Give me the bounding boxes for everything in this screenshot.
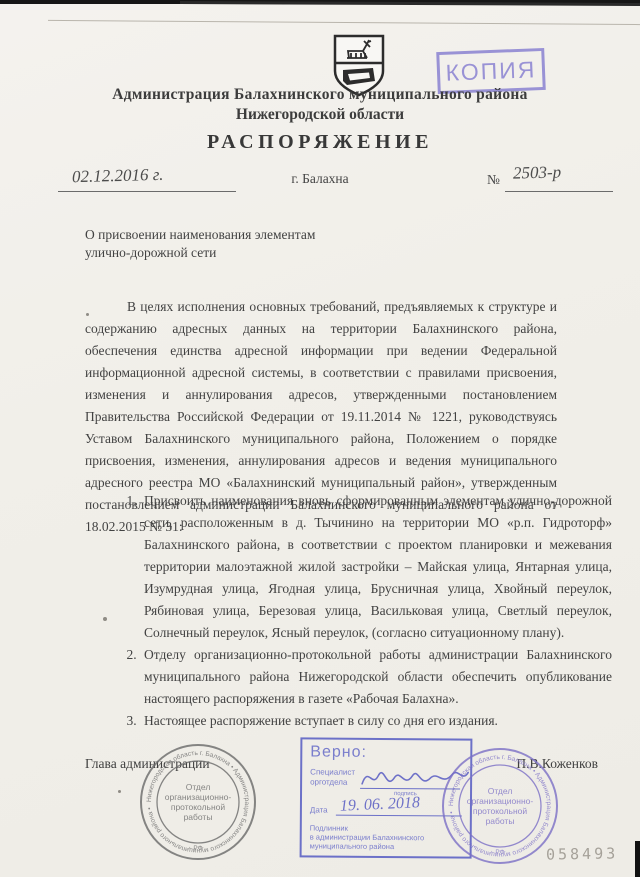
scan-line-artifact [48, 20, 640, 25]
verno-role-line: орготдела [310, 777, 355, 787]
org-name-line1: Администрация Балахнинского муниципально… [0, 86, 640, 104]
number-label: № [487, 172, 500, 188]
org-name-line2: Нижегородской области [0, 106, 640, 124]
verno-date-label: Дата [310, 805, 328, 814]
date-place-number-row: 02.12.2016 г. г. Балахна № 2503-р [0, 163, 640, 197]
list-item: Настоящее распоряжение вступает в силу с… [140, 710, 612, 732]
list-item: Отделу организационно-протокольной работ… [140, 644, 612, 710]
stamp-center-line: организационно- [467, 796, 533, 806]
scanned-document-page: КОПИЯ Администрация Балахнинского муници… [0, 0, 640, 877]
document-subject: О присвоении наименования элементам улич… [85, 226, 415, 262]
document-type-title: РАСПОРЯЖЕНИЕ [0, 131, 640, 154]
stamp-center-text: Отдел организационно- протокольной работ… [138, 742, 258, 862]
stamp-center-line: работы [184, 812, 213, 822]
round-stamp-gray: Нижегородская область г. Балахна • Админ… [138, 742, 258, 862]
copy-stamp-label: КОПИЯ [445, 56, 537, 86]
handwritten-stamp-date: 19. 06. 2018 [340, 794, 421, 816]
verno-role-label: Специалист орготдела [310, 767, 355, 786]
subject-line1: О присвоении наименования элементам [85, 226, 415, 244]
scan-edge-corner [635, 841, 640, 877]
stamp-center-line: Отдел [488, 786, 513, 796]
stamp-center-line: протокольной [171, 802, 225, 812]
stamp-center-line: протокольной [473, 806, 527, 816]
form-serial-number: 058493 [546, 844, 618, 863]
resolution-items-list: Присвоить наименования вновь сформирован… [85, 490, 612, 732]
scan-edge-top-dark [180, 1, 640, 6]
scan-speck [118, 790, 121, 793]
verno-note-line: муниципального района [310, 841, 425, 851]
stamp-center-line: организационно- [165, 792, 231, 802]
stamp-center-line: Отдел [186, 782, 211, 792]
list-item: Присвоить наименования вновь сформирован… [140, 490, 612, 644]
stamp-center-text: Отдел организационно- протокольной работ… [440, 746, 560, 866]
round-stamp-violet: Нижегородская область г. Балахна • Админ… [440, 746, 560, 866]
handwritten-number: 2503-р [513, 162, 562, 183]
verno-note: Подлинник в администрации Балахнинского … [310, 823, 425, 851]
stamp-center-line: работы [486, 816, 515, 826]
subject-line2: улично-дорожной сети [85, 244, 415, 262]
verno-role-line: Специалист [310, 767, 355, 777]
number-field: 2503-р [505, 163, 613, 192]
